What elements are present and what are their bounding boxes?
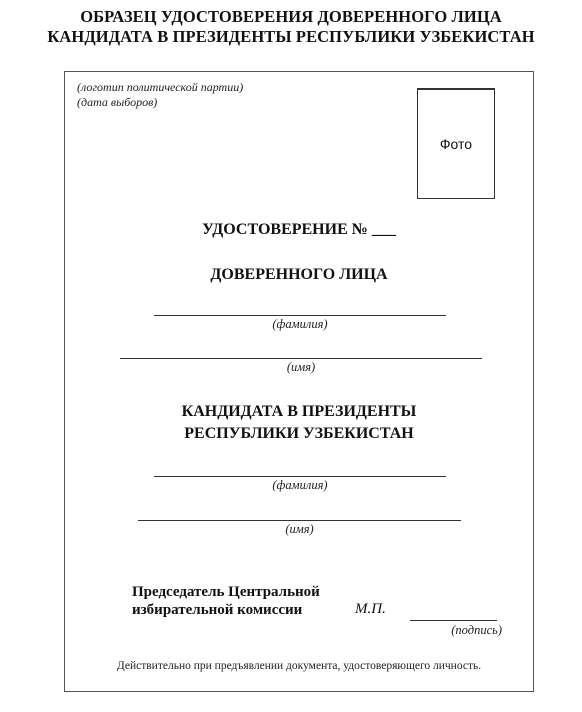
trustee-name-line [120,358,482,359]
chairman-title-line-2: избирательной комиссии [132,602,302,619]
signature-caption: (подпись) [430,623,502,638]
candidate-surname-line [154,476,446,477]
page-title-line-1: ОБРАЗЕЦ УДОСТОВЕРЕНИЯ ДОВЕРЕННОГО ЛИЦА [0,7,582,27]
trustee-name-caption: (имя) [120,360,482,375]
party-logo-placeholder: (логотип политической партии) [77,80,243,94]
candidate-heading-line-2: РЕСПУБЛИКИ УЗБЕКИСТАН [64,423,534,444]
candidate-name-line [138,520,461,521]
chairman-title-line-1: Председатель Центральной [132,584,320,601]
signature-line [410,620,497,621]
candidate-surname-caption: (фамилия) [154,478,446,493]
photo-box: Фото [417,88,495,199]
trustee-heading: ДОВЕРЕННОГО ЛИЦА [64,264,534,285]
certificate-number-heading: УДОСТОВЕРЕНИЕ № ___ [64,219,534,240]
election-date-placeholder: (дата выборов) [77,95,157,109]
candidate-heading-line-1: КАНДИДАТА В ПРЕЗИДЕНТЫ [64,401,534,422]
validity-note: Действительно при предъявлении документа… [64,660,534,672]
trustee-surname-caption: (фамилия) [154,317,446,332]
photo-label: Фото [440,136,472,152]
page-title-line-2: КАНДИДАТА В ПРЕЗИДЕНТЫ РЕСПУБЛИКИ УЗБЕКИ… [0,27,582,47]
seal-label: М.П. [355,601,386,618]
candidate-name-caption: (имя) [138,522,461,537]
trustee-surname-line [154,315,446,316]
